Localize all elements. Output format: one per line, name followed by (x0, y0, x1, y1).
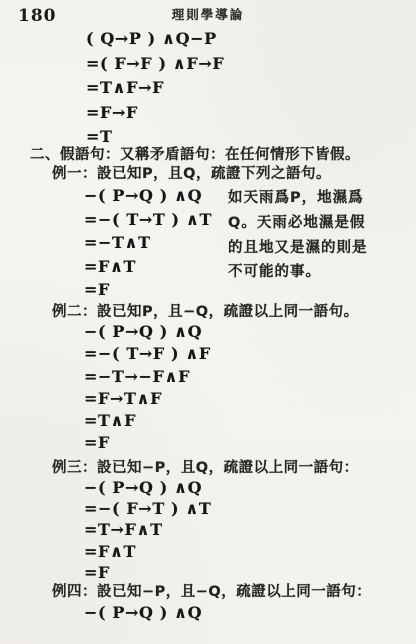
formula-line: =−( F→T ) ∧T (84, 498, 211, 519)
formula-line: =−T→−F∧F (84, 366, 211, 388)
formula-line: =( F→F ) ∧F→F (86, 52, 224, 77)
example-4-heading: 例四：設已知−P，且−Q，疏證以上同一語句： (52, 580, 371, 601)
example-1-proof-block: −( P→Q ) ∧Q=−( T→T ) ∧T=−T∧T=F∧T=F (84, 184, 212, 302)
formula-line: =T→F∧T (84, 519, 211, 540)
example-3-proof-block: −( P→Q ) ∧Q=−( F→T ) ∧T=T→F∧T=F∧T=F (84, 477, 211, 583)
note-line: Q。天雨必地濕是假 (228, 211, 368, 236)
formula-line: −( P→Q ) ∧Q (84, 477, 211, 498)
formula-line: =−T∧T (84, 231, 212, 255)
formula-line: =F∧T (84, 541, 211, 562)
note-line: 不可能的事。 (228, 260, 368, 285)
note-line: 的且地又是濕的則是 (228, 236, 368, 261)
running-title: 理則學導論 (0, 5, 416, 23)
formula-line: −( P→Q ) ∧Q (84, 184, 212, 208)
example-1-heading: 例一：設已知P，且Q，疏證下列之語句。 (52, 162, 331, 183)
formula-line: ( Q→P ) ∧Q−P (86, 27, 224, 52)
formula-line: =F→F (86, 101, 224, 126)
example-1-side-note: 如天雨爲P，地濕爲Q。天雨必地濕是假的且地又是濕的則是不可能的事。 (228, 186, 368, 285)
formula-line: =T∧F→F (86, 76, 224, 101)
formula-line: =F→T∧F (84, 388, 211, 410)
formula-line: =F (84, 432, 211, 454)
example-2-heading: 例二：設已知P，且−Q，疏證以上同一語句。 (52, 300, 359, 321)
formula-line: =−( T→F ) ∧F (84, 343, 211, 365)
example-4-proof-block: −( P→Q ) ∧Q (84, 602, 202, 624)
example-2-proof-block: −( P→Q ) ∧Q=−( T→F ) ∧F=−T→−F∧F=F→T∧F=T∧… (84, 321, 211, 455)
note-line: 如天雨爲P，地濕爲 (228, 186, 368, 211)
formula-line: =F∧T (84, 255, 212, 279)
formula-line: =F (84, 278, 212, 302)
formula-line: =T∧F (84, 410, 211, 432)
section-heading-false-statements: 二、假語句：又稱矛盾語句：在任何情形下皆假。 (30, 143, 360, 164)
formula-line: −( P→Q ) ∧Q (84, 602, 202, 624)
formula-line: −( P→Q ) ∧Q (84, 321, 211, 343)
proof-block-tautology: ( Q→P ) ∧Q−P=( F→F ) ∧F→F=T∧F→F=F→F=T (86, 27, 224, 150)
example-3-heading: 例三：設已知−P，且Q，疏證以上同一語句： (52, 456, 359, 477)
formula-line: =−( T→T ) ∧T (84, 208, 212, 232)
scanned-book-page: 180 理則學導論 ( Q→P ) ∧Q−P=( F→F ) ∧F→F=T∧F→… (0, 0, 416, 644)
